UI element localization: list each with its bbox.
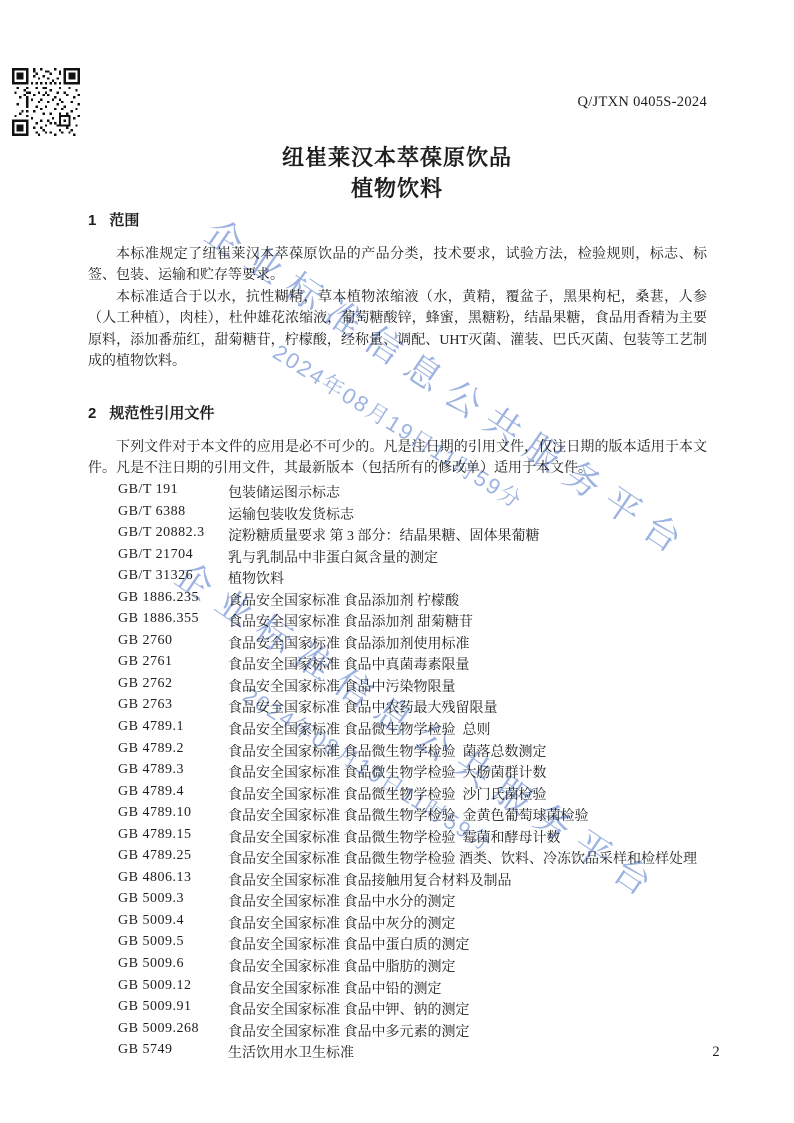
reference-title: 食品安全国家标准 食品添加剂使用标准 (228, 633, 470, 653)
reference-row: GB/T 20882.3 淀粉糖质量要求 第 3 部分：结晶果糖、固体果葡糖 (88, 525, 707, 547)
reference-row: GB 2761 食品安全国家标准 食品中真菌毒素限量 (88, 654, 707, 676)
reference-row: GB 4789.1 食品安全国家标准 食品微生物学检验 总则 (88, 719, 707, 741)
reference-code: GB 5009.3 (118, 891, 184, 907)
reference-code: GB 2763 (118, 697, 172, 713)
reference-code: GB/T 20882.3 (118, 525, 205, 541)
page-number: 2 (704, 1044, 728, 1061)
reference-code: GB 5009.4 (118, 913, 184, 929)
section-2-heading: 2规范性引用文件 (88, 402, 214, 423)
section-2-number: 2 (88, 405, 96, 422)
reference-title: 食品安全国家标准 食品中污染物限量 (228, 676, 456, 696)
reference-row: GB 5009.5 食品安全国家标准 食品中蛋白质的测定 (88, 934, 707, 956)
reference-title: 淀粉糖质量要求 第 3 部分：结晶果糖、固体果葡糖 (228, 525, 540, 545)
reference-row: GB 4789.25 食品安全国家标准 食品微生物学检验 酒类、饮料、冷冻饮品采… (88, 848, 707, 870)
reference-code: GB 5009.5 (118, 934, 184, 950)
reference-code: GB/T 191 (118, 482, 178, 498)
reference-title: 食品安全国家标准 食品中水分的测定 (228, 891, 456, 911)
reference-code: GB 2762 (118, 676, 172, 692)
document-title-line2: 植物饮料 (0, 173, 794, 204)
standard-document-page: 企业标准信息公共服务平台 2024年08月19日11时59分 企业标准信息公共服… (0, 0, 794, 1123)
reference-row: GB 2762 食品安全国家标准 食品中污染物限量 (88, 676, 707, 698)
reference-row: GB 5009.6 食品安全国家标准 食品中脂肪的测定 (88, 956, 707, 978)
reference-title: 食品安全国家标准 食品微生物学检验 金黄色葡萄球菌检验 (228, 805, 589, 825)
reference-title: 食品安全国家标准 食品中多元素的测定 (228, 1021, 470, 1041)
section-1-body: 本标准规定了纽崔莱汉本萃葆原饮品的产品分类，技术要求，试验方法，检验规则，标志、… (88, 244, 707, 372)
reference-row: GB 4789.3 食品安全国家标准 食品微生物学检验 大肠菌群计数 (88, 762, 707, 784)
reference-title: 食品安全国家标准 食品微生物学检验 酒类、饮料、冷冻饮品采样和检样处理 (228, 848, 697, 868)
reference-row: GB 4789.15 食品安全国家标准 食品微生物学检验 霉菌和酵母计数 (88, 827, 707, 849)
reference-row: GB 5749 生活饮用水卫生标准 (88, 1042, 707, 1064)
reference-code: GB/T 31326 (118, 568, 193, 584)
reference-title: 乳与乳制品中非蛋白氮含量的测定 (228, 547, 438, 567)
reference-code: GB 1886.235 (118, 590, 199, 606)
reference-code: GB 4789.10 (118, 805, 191, 821)
reference-code: GB 2761 (118, 654, 172, 670)
reference-row: GB 4806.13 食品安全国家标准 食品接触用复合材料及制品 (88, 870, 707, 892)
reference-row: GB 1886.355 食品安全国家标准 食品添加剂 甜菊糖苷 (88, 611, 707, 633)
reference-row: GB/T 21704 乳与乳制品中非蛋白氮含量的测定 (88, 547, 707, 569)
document-title: 纽崔莱汉本萃葆原饮品 植物饮料 (0, 142, 794, 204)
reference-row: GB 5009.268 食品安全国家标准 食品中多元素的测定 (88, 1021, 707, 1043)
reference-title: 运输包装收发货标志 (228, 504, 354, 524)
reference-title: 生活饮用水卫生标准 (228, 1042, 354, 1062)
reference-row: GB 4789.4 食品安全国家标准 食品微生物学检验 沙门氏菌检验 (88, 784, 707, 806)
section-2-title: 规范性引用文件 (109, 405, 214, 422)
section-2-intro: 下列文件对于本文件的应用是必不可少的。凡是注日期的引用文件，仅注日期的版本适用于… (88, 437, 707, 480)
reference-row: GB 2763 食品安全国家标准 食品中农药最大残留限量 (88, 697, 707, 719)
reference-title: 食品安全国家标准 食品微生物学检验 霉菌和酵母计数 (228, 827, 561, 847)
reference-title: 植物饮料 (228, 568, 284, 588)
reference-code: GB 4789.2 (118, 741, 184, 757)
section-1-number: 1 (88, 212, 96, 229)
paragraph: 本标准规定了纽崔莱汉本萃葆原饮品的产品分类，技术要求，试验方法，检验规则，标志、… (88, 244, 707, 287)
reference-code: GB 5009.268 (118, 1021, 199, 1037)
reference-title: 食品安全国家标准 食品中脂肪的测定 (228, 956, 456, 976)
reference-row: GB 5009.3 食品安全国家标准 食品中水分的测定 (88, 891, 707, 913)
section-1-title: 范围 (109, 212, 139, 229)
reference-title: 食品安全国家标准 食品添加剂 柠檬酸 (228, 590, 459, 610)
reference-title: 食品安全国家标准 食品中真菌毒素限量 (228, 654, 470, 674)
reference-title: 食品安全国家标准 食品接触用复合材料及制品 (228, 870, 512, 890)
reference-code: GB 4789.1 (118, 719, 184, 735)
document-title-line1: 纽崔莱汉本萃葆原饮品 (0, 142, 794, 173)
reference-title: 食品安全国家标准 食品微生物学检验 菌落总数测定 (228, 741, 547, 761)
reference-code: GB 2760 (118, 633, 172, 649)
reference-title: 食品安全国家标准 食品中钾、钠的测定 (228, 999, 470, 1019)
reference-row: GB/T 6388 运输包装收发货标志 (88, 504, 707, 526)
references-list: GB/T 191 包装储运图示标志 GB/T 6388 运输包装收发货标志 GB… (88, 482, 707, 1064)
reference-row: GB 5009.12 食品安全国家标准 食品中铅的测定 (88, 978, 707, 1000)
reference-title: 食品安全国家标准 食品微生物学检验 大肠菌群计数 (228, 762, 547, 782)
reference-title: 包装储运图示标志 (228, 482, 340, 502)
qr-code-icon (12, 68, 80, 136)
reference-title: 食品安全国家标准 食品中灰分的测定 (228, 913, 456, 933)
document-content: Q/JTXN 0405S-2024 纽崔莱汉本萃葆原饮品 植物饮料 1范围 本标… (0, 0, 794, 1123)
reference-row: GB/T 191 包装储运图示标志 (88, 482, 707, 504)
paragraph: 本标准适合于以水，抗性糊精，草本植物浓缩液（水，黄精，覆盆子，黑果枸杞，桑葚，人… (88, 287, 707, 373)
reference-code: GB 4789.25 (118, 848, 191, 864)
reference-code: GB 4789.4 (118, 784, 184, 800)
section-1-heading: 1范围 (88, 209, 139, 230)
reference-row: GB 1886.235 食品安全国家标准 食品添加剂 柠檬酸 (88, 590, 707, 612)
reference-code: GB/T 21704 (118, 547, 193, 563)
reference-title: 食品安全国家标准 食品中农药最大残留限量 (228, 697, 498, 717)
paragraph: 下列文件对于本文件的应用是必不可少的。凡是注日期的引用文件，仅注日期的版本适用于… (88, 437, 707, 480)
reference-row: GB 5009.4 食品安全国家标准 食品中灰分的测定 (88, 913, 707, 935)
reference-code: GB 5009.91 (118, 999, 191, 1015)
reference-code: GB 5009.6 (118, 956, 184, 972)
document-code: Q/JTXN 0405S-2024 (88, 94, 707, 111)
reference-title: 食品安全国家标准 食品微生物学检验 沙门氏菌检验 (228, 784, 547, 804)
reference-code: GB 4806.13 (118, 870, 191, 886)
reference-row: GB 4789.2 食品安全国家标准 食品微生物学检验 菌落总数测定 (88, 741, 707, 763)
reference-title: 食品安全国家标准 食品微生物学检验 总则 (228, 719, 491, 739)
reference-row: GB 5009.91 食品安全国家标准 食品中钾、钠的测定 (88, 999, 707, 1021)
reference-row: GB/T 31326 植物饮料 (88, 568, 707, 590)
reference-title: 食品安全国家标准 食品添加剂 甜菊糖苷 (228, 611, 473, 631)
reference-code: GB 5009.12 (118, 978, 191, 994)
reference-title: 食品安全国家标准 食品中铅的测定 (228, 978, 442, 998)
reference-row: GB 4789.10 食品安全国家标准 食品微生物学检验 金黄色葡萄球菌检验 (88, 805, 707, 827)
reference-row: GB 2760 食品安全国家标准 食品添加剂使用标准 (88, 633, 707, 655)
reference-code: GB 5749 (118, 1042, 172, 1058)
reference-title: 食品安全国家标准 食品中蛋白质的测定 (228, 934, 470, 954)
reference-code: GB 4789.3 (118, 762, 184, 778)
reference-code: GB/T 6388 (118, 504, 186, 520)
reference-code: GB 4789.15 (118, 827, 191, 843)
reference-code: GB 1886.355 (118, 611, 199, 627)
